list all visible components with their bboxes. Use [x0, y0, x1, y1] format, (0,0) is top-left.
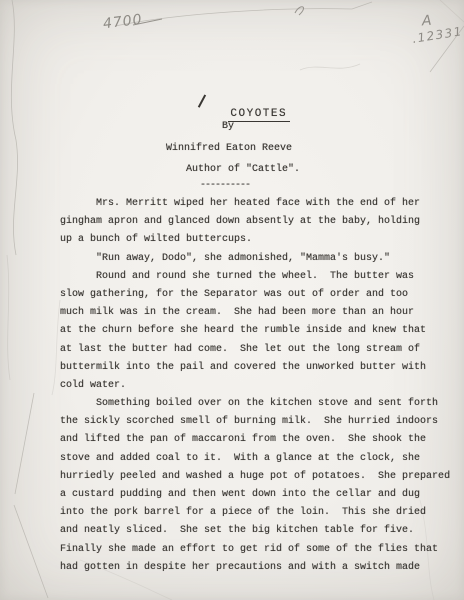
typescript-line: and neatly sliced. She set the big kitch…: [60, 522, 450, 540]
manuscript-page: 4700 A .12331 COYOTES By Winnifred Eaton…: [0, 0, 464, 600]
typescript-line: "Run away, Dodo", she admonished, "Mamma…: [60, 250, 450, 268]
typescript-line: at the churn before she heard the rumble…: [60, 322, 450, 340]
author-credit: Author of "Cattle".: [186, 164, 300, 175]
handwritten-catalog-number: .12331: [411, 24, 464, 46]
typescript-line: much milk was in the cream. She had been…: [60, 304, 450, 322]
typescript-line: stove and added coal to it. With a glanc…: [60, 450, 450, 468]
typescript-line: hurriedly peeled and washed a huge pot o…: [60, 468, 450, 486]
typescript-line: cold water.: [60, 377, 450, 395]
typescript-line: Round and round she turned the wheel. Th…: [60, 268, 450, 286]
title-block: COYOTES: [196, 96, 290, 144]
typescript-line: the sickly scorched smell of burning mil…: [60, 413, 450, 431]
handwritten-catalog-letter: A: [421, 13, 432, 30]
typescript-line: at last the butter had come. She let out…: [60, 341, 450, 359]
pencil-squiggle: [295, 7, 304, 15]
typescript-line: a custard pudding and then went down int…: [60, 486, 450, 504]
typescript-line: and lifted the pan of maccaroni from the…: [60, 431, 450, 449]
overstrike-mark: [198, 94, 206, 107]
typescript-body: Mrs. Merritt wiped her heated face with …: [60, 195, 450, 577]
typescript-line: up a bunch of wilted buttercups.: [60, 231, 450, 249]
typescript-line: slow gathering, for the Separator was ou…: [60, 286, 450, 304]
typescript-line: buttermilk into the pail and covered the…: [60, 359, 450, 377]
typescript-line: had gotten in despite her precautions an…: [60, 559, 450, 577]
typescript-line: Finally she made an effort to get rid of…: [60, 541, 450, 559]
typescript-line: Mrs. Merritt wiped her heated face with …: [60, 195, 450, 213]
typescript-line: gingham apron and glanced down absently …: [60, 213, 450, 231]
handwritten-price-mark: 4700: [102, 12, 143, 33]
page-title: COYOTES: [228, 108, 290, 122]
typescript-line: Something boiled over on the kitchen sto…: [60, 395, 450, 413]
typed-divider: ----------: [200, 180, 250, 191]
author-name: Winnifred Eaton Reeve: [166, 143, 292, 154]
typescript-line: into the pork barrel for a piece of the …: [60, 504, 450, 522]
byline: By: [222, 121, 234, 132]
